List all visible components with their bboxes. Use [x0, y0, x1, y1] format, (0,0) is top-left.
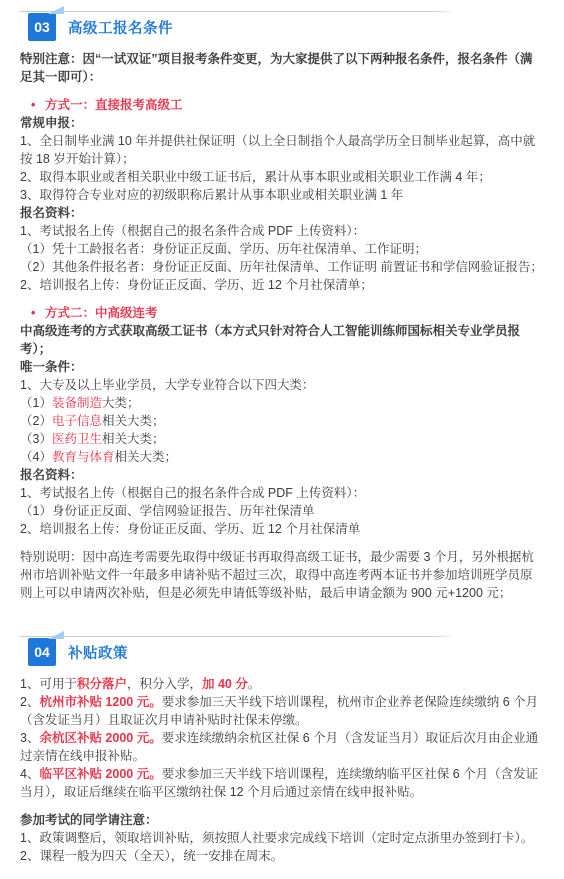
text-segment: 方式二：中高级连考	[45, 306, 158, 320]
text-segment: 相关大类；	[102, 432, 165, 446]
major-category-item: （4）教育与体育相关大类；	[20, 448, 544, 466]
method-2-heading: •方式二：中高级连考	[20, 304, 544, 322]
subsidy-item: 1、可用于积分落户，积分入学，加 40 分。	[20, 675, 544, 693]
fold-corner-icon	[48, 631, 64, 639]
text-segment: 参加考试的同学请注意：	[20, 813, 158, 827]
text-segment: 临平区补贴 2000 元。	[39, 767, 161, 781]
text-segment: （1）身份证正反面、学信网验证报告、历年社保清单	[20, 504, 314, 518]
subsidy-item: 3、余杭区补贴 2000 元。要求连续缴纳余杭区社保 6 个月（含发证当月）取证…	[20, 729, 544, 765]
special-note: 特别注意：因“一试双证”项目报考条件变更，为大家提供了以下两种报名条件，报名条件…	[20, 50, 544, 86]
text-segment: 余杭区补贴 2000 元。	[39, 731, 161, 745]
text-segment: 唯一条件：	[20, 360, 83, 374]
method-1-heading: •方式一：直接报考高级工	[20, 96, 544, 114]
bullet-dot-icon: •	[31, 304, 35, 322]
text-segment: 杭州市补贴 1200 元。	[39, 695, 161, 709]
text-segment: （4）	[20, 450, 52, 464]
subsidy-item: 2、杭州市补贴 1200 元。要求参加三天半线下培训课程，杭州市企业养老保险连续…	[20, 693, 544, 729]
text-segment: 1、全日制毕业满 10 年并提供社保证明（以上全日制指个人最高学历全日制毕业起算…	[20, 134, 535, 166]
text-segment: （1）	[20, 396, 52, 410]
fold-corner-icon	[48, 6, 64, 14]
text-segment: 加 40 分	[202, 677, 248, 691]
text-segment: 大类；	[102, 396, 140, 410]
text-segment: ，积分入学，	[127, 677, 202, 691]
text-segment: 装备制造	[52, 396, 102, 410]
materials-label: 报名资料：	[20, 466, 544, 484]
text-segment: 2、取得本职业或者相关职业中级工证书后，累计从事本职业或相关职业工作满 4 年；	[20, 170, 491, 184]
major-category-item: （2）电子信息相关大类；	[20, 412, 544, 430]
text-segment: 特别注意：因“一试双证”项目报考条件变更，为大家提供了以下两种报名条件，报名条件…	[20, 52, 533, 84]
only-condition-label: 唯一条件：	[20, 358, 544, 376]
text-segment: 1、政策调整后，领取培训补贴，须按照人社要求完成线下培训（定时定点浙里办签到打卡…	[20, 831, 533, 845]
text-segment: 积分落户	[77, 677, 127, 691]
text-segment: （3）	[20, 432, 52, 446]
text-segment: 1、考试报名上传（根据自己的报名条件合成 PDF 上传资料）：	[20, 486, 365, 500]
section-registration-conditions: 03 高级工报名条件 特别注意：因“一试双证”项目报考条件变更，为大家提供了以下…	[20, 11, 544, 602]
text-segment: 方式一：直接报考高级工	[45, 98, 183, 112]
regular-application-label: 常规申报：	[20, 114, 544, 132]
section-divider-line	[20, 636, 457, 637]
text-segment: 1、可用于	[20, 677, 77, 691]
materials-item: 2、培训报名上传：身份证正反面、学历、近 12 个月社保清单；	[20, 276, 544, 294]
materials-item: 2、培训报名上传：身份证正反面、学历、近 12 个月社保清单	[20, 520, 544, 538]
text-segment: 4、	[20, 767, 39, 781]
text-segment: 教育与体育	[52, 450, 115, 464]
section-number-badge: 03	[28, 13, 56, 41]
text-segment: 常规申报：	[20, 116, 83, 130]
text-segment: 相关大类；	[102, 414, 165, 428]
section-title: 高级工报名条件	[68, 17, 173, 38]
condition-item: 2、取得本职业或者相关职业中级工证书后，累计从事本职业或相关职业工作满 4 年；	[20, 168, 544, 186]
materials-label: 报名资料：	[20, 204, 544, 222]
text-segment: 报名资料：	[20, 206, 83, 220]
section-4-header: 04 补贴政策	[20, 636, 544, 666]
text-segment: 报名资料：	[20, 468, 83, 482]
method-2-description: 中高级连考的方式获取高级工证书（本方式只针对符合人工智能训练师国标相关专业学员报…	[20, 322, 544, 358]
special-explanation: 特别说明：因中高连考需要先取得中级证书再取得高级工证书，最少需要 3 个月，另外…	[20, 548, 544, 602]
text-segment: 相关大类；	[114, 450, 177, 464]
bullet-dot-icon: •	[31, 96, 35, 114]
text-segment: 3、取得符合专业对应的初级职称后累计从事本职业或相关职业满 1 年	[20, 188, 403, 202]
text-segment: 2、	[20, 695, 39, 709]
major-category-item: （3）医药卫生相关大类；	[20, 430, 544, 448]
section-number-badge: 04	[28, 638, 56, 666]
notice-item: 2、课程一般为四天（全天），统一安排在周末。	[20, 847, 544, 865]
exam-notice-label: 参加考试的同学请注意：	[20, 811, 544, 829]
text-segment: 2、培训报名上传：身份证正反面、学历、近 12 个月社保清单	[20, 522, 360, 536]
materials-item: （2）其他条件报名者：身份证正反面、历年社保清单、工作证明 前置证书和学信网验证…	[20, 258, 544, 276]
text-segment: （2）	[20, 414, 52, 428]
text-segment: 1、大专及以上毕业学员，大学专业符合以下四大类：	[20, 378, 314, 392]
text-segment: 3、	[20, 731, 39, 745]
text-segment: 特别说明：因中高连考需要先取得中级证书再取得高级工证书，最少需要 3 个月，另外…	[20, 550, 534, 600]
section-number: 04	[34, 644, 50, 660]
major-category-item: （1）装备制造大类；	[20, 394, 544, 412]
section-divider-line	[20, 11, 457, 12]
condition-item: 1、大专及以上毕业学员，大学专业符合以下四大类：	[20, 376, 544, 394]
text-segment: （1）凭十工龄报名者：身份证正反面、学历、历年社保清单、工作证明；	[20, 242, 427, 256]
materials-item: （1）凭十工龄报名者：身份证正反面、学历、历年社保清单、工作证明；	[20, 240, 544, 258]
materials-item: 1、考试报名上传（根据自己的报名条件合成 PDF 上传资料）：	[20, 484, 544, 502]
condition-item: 1、全日制毕业满 10 年并提供社保证明（以上全日制指个人最高学历全日制毕业起算…	[20, 132, 544, 168]
section-3-header: 03 高级工报名条件	[20, 11, 544, 41]
section-4-body: 1、可用于积分落户，积分入学，加 40 分。2、杭州市补贴 1200 元。要求参…	[20, 675, 544, 865]
section-3-body: 特别注意：因“一试双证”项目报考条件变更，为大家提供了以下两种报名条件，报名条件…	[20, 50, 544, 602]
article-page: 03 高级工报名条件 特别注意：因“一试双证”项目报考条件变更，为大家提供了以下…	[0, 11, 564, 879]
section-number: 03	[34, 19, 50, 35]
materials-item: 1、考试报名上传（根据自己的报名条件合成 PDF 上传资料）：	[20, 222, 544, 240]
text-segment: 2、课程一般为四天（全天），统一安排在周末。	[20, 849, 283, 863]
text-segment: 中高级连考的方式获取高级工证书（本方式只针对符合人工智能训练师国标相关专业学员报…	[20, 324, 520, 356]
materials-item: （1）身份证正反面、学信网验证报告、历年社保清单	[20, 502, 544, 520]
text-segment: （2）其他条件报名者：身份证正反面、历年社保清单、工作证明 前置证书和学信网验证…	[20, 260, 543, 274]
text-segment: 1、考试报名上传（根据自己的报名条件合成 PDF 上传资料）：	[20, 224, 365, 238]
text-segment: 。	[248, 677, 261, 691]
section-title: 补贴政策	[68, 642, 128, 663]
condition-item: 3、取得符合专业对应的初级职称后累计从事本职业或相关职业满 1 年	[20, 186, 544, 204]
notice-item: 1、政策调整后，领取培训补贴，须按照人社要求完成线下培训（定时定点浙里办签到打卡…	[20, 829, 544, 847]
text-segment: 电子信息	[52, 414, 102, 428]
subsidy-item: 4、临平区补贴 2000 元。要求参加三天半线下培训课程，连续缴纳临平区社保 6…	[20, 765, 544, 801]
section-subsidy-policy: 04 补贴政策 1、可用于积分落户，积分入学，加 40 分。2、杭州市补贴 12…	[20, 636, 544, 865]
text-segment: 医药卫生	[52, 432, 102, 446]
text-segment: 2、培训报名上传：身份证正反面、学历、近 12 个月社保清单；	[20, 278, 373, 292]
